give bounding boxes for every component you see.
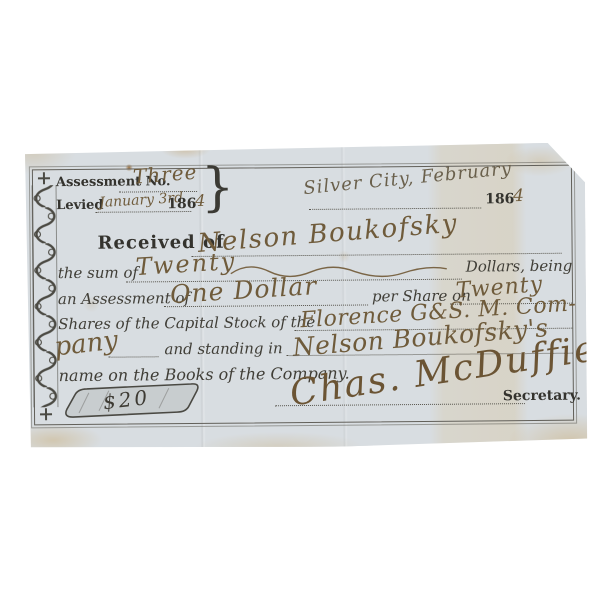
dollars-being-label: Dollars, being: [466, 259, 573, 275]
standing-in-label: and standing in: [164, 341, 282, 357]
date-year-prefix: 186: [485, 192, 514, 206]
sum-value: Twenty: [135, 249, 237, 279]
levied-label: Levied: [56, 199, 103, 212]
assessment-no-value: Three: [132, 162, 198, 187]
company-name-continued: pany: [53, 327, 119, 360]
levied-year-prefix: 186: [167, 197, 196, 211]
brace: }: [201, 162, 235, 214]
paper-document: Assessment No. Three Levied January 3rd …: [23, 143, 588, 450]
scanned-receipt-image: Assessment No. Three Levied January 3rd …: [0, 0, 600, 600]
secretary-label: Secretary.: [503, 389, 581, 404]
amount-box-value: $20: [102, 387, 151, 412]
amount-ribbon: $20: [59, 382, 209, 421]
sum-label: the sum of: [58, 265, 138, 281]
date-year-digit: 4: [513, 188, 524, 205]
